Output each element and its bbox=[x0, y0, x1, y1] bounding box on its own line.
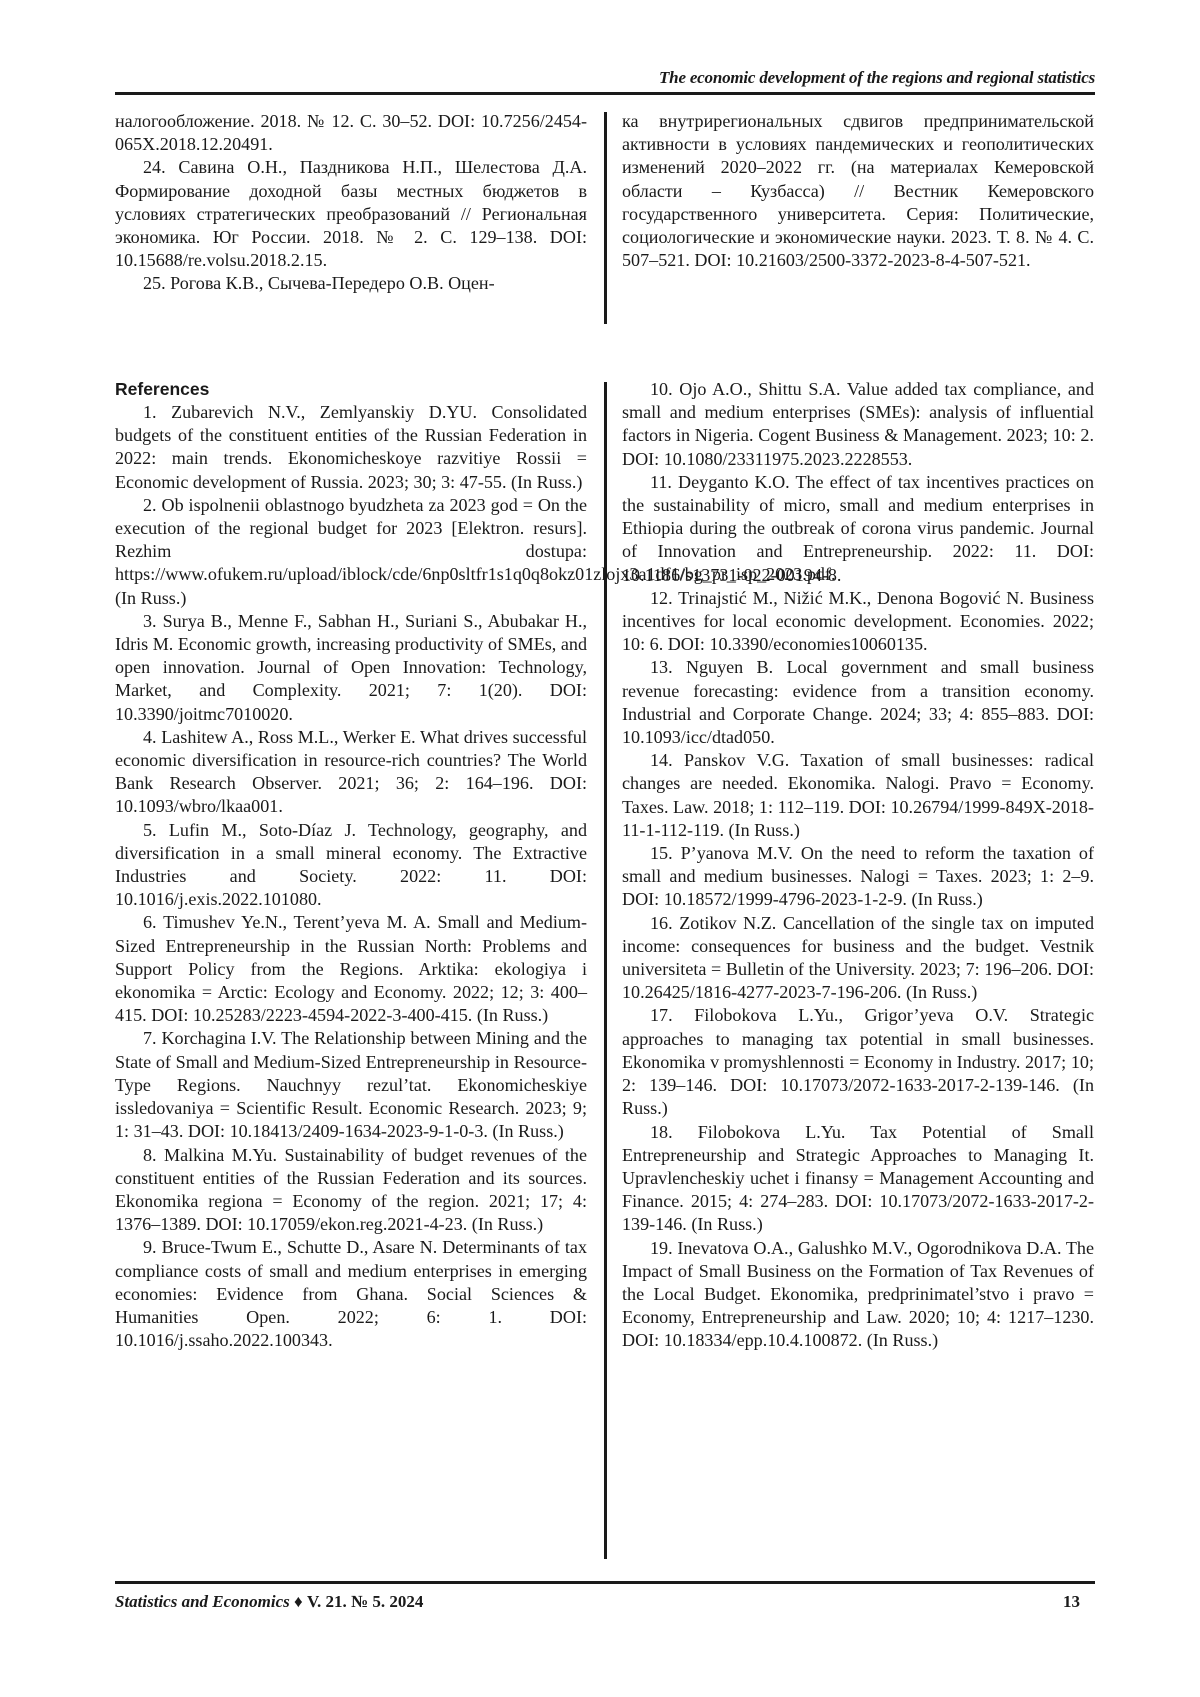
references-heading: References bbox=[115, 378, 587, 401]
reference-entry: 7. Korchagina I.V. The Relationship betw… bbox=[115, 1027, 587, 1143]
reference-entry: налогообложение. 2018. № 12. С. 30–52. D… bbox=[115, 110, 587, 156]
reference-entry: 16. Zotikov N.Z. Cancellation of the sin… bbox=[622, 912, 1094, 1005]
column-divider-top bbox=[604, 112, 607, 324]
reference-entry: 18. Filobokova L.Yu. Tax Potential of Sm… bbox=[622, 1121, 1094, 1237]
reference-entry: 12. Trinajstić M., Nižić M.K., Denona Bo… bbox=[622, 587, 1094, 657]
reference-entry: ка внутрирегиональных сдвигов предприним… bbox=[622, 110, 1094, 272]
reference-entry: 2. Ob ispolnenii oblastnogo byudzheta za… bbox=[115, 494, 587, 610]
page-number: 13 bbox=[1063, 1592, 1080, 1612]
reference-entry: 4. Lashitew A., Ross M.L., Werker E. Wha… bbox=[115, 726, 587, 819]
russian-refs-left: налогообложение. 2018. № 12. С. 30–52. D… bbox=[115, 110, 587, 296]
running-title: The economic development of the regions … bbox=[115, 68, 1095, 88]
reference-entry: 14. Panskov V.G. Taxation of small busin… bbox=[622, 749, 1094, 842]
reference-entry: 15. P’yanova M.V. On the need to reform … bbox=[622, 842, 1094, 912]
header-rule bbox=[115, 92, 1095, 95]
reference-entry: 1. Zubarevich N.V., Zemlyanskiy D.YU. Co… bbox=[115, 401, 587, 494]
reference-entry: 19. Inevatova O.A., Galushko M.V., Ogoro… bbox=[622, 1237, 1094, 1353]
references-left-column: References 1. Zubarevich N.V., Zemlyansk… bbox=[115, 378, 587, 1352]
reference-entry: 11. Deyganto K.O. The effect of tax ince… bbox=[622, 471, 1094, 587]
journal-name: Statistics and Economics bbox=[115, 1592, 290, 1611]
reference-entry: 6. Timushev Ye.N., Terent’yeva M. A. Sma… bbox=[115, 911, 587, 1027]
reference-entry: 10. Ojo A.O., Shittu S.A. Value added ta… bbox=[622, 378, 1094, 471]
reference-entry: 8. Malkina M.Yu. Sustainability of budge… bbox=[115, 1144, 587, 1237]
reference-entry: 5. Lufin M., Soto-Díaz J. Technology, ge… bbox=[115, 819, 587, 912]
reference-entry: 9. Bruce-Twum E., Schutte D., Asare N. D… bbox=[115, 1236, 587, 1352]
column-divider-refs bbox=[604, 382, 607, 1559]
reference-entry: 13. Nguyen B. Local government and small… bbox=[622, 656, 1094, 749]
diamond-separator-icon: ♦ bbox=[294, 1592, 303, 1611]
references-right-column: 10. Ojo A.O., Shittu S.A. Value added ta… bbox=[622, 378, 1094, 1353]
footer-rule bbox=[115, 1581, 1095, 1584]
reference-entry: 24. Савина О.Н., Паздникова Н.П., Шелест… bbox=[115, 156, 587, 272]
footer-journal: Statistics and Economics ♦ V. 21. № 5. 2… bbox=[115, 1592, 1095, 1612]
reference-entry: 17. Filobokova L.Yu., Grigor’yeva O.V. S… bbox=[622, 1004, 1094, 1120]
issue-info: V. 21. № 5. 2024 bbox=[307, 1592, 423, 1611]
reference-entry: 25. Рогова К.В., Сычева-Передеро О.В. Оц… bbox=[115, 272, 587, 295]
russian-refs-right: ка внутрирегиональных сдвигов предприним… bbox=[622, 110, 1094, 272]
reference-entry: 3. Surya B., Menne F., Sabhan H., Surian… bbox=[115, 610, 587, 726]
